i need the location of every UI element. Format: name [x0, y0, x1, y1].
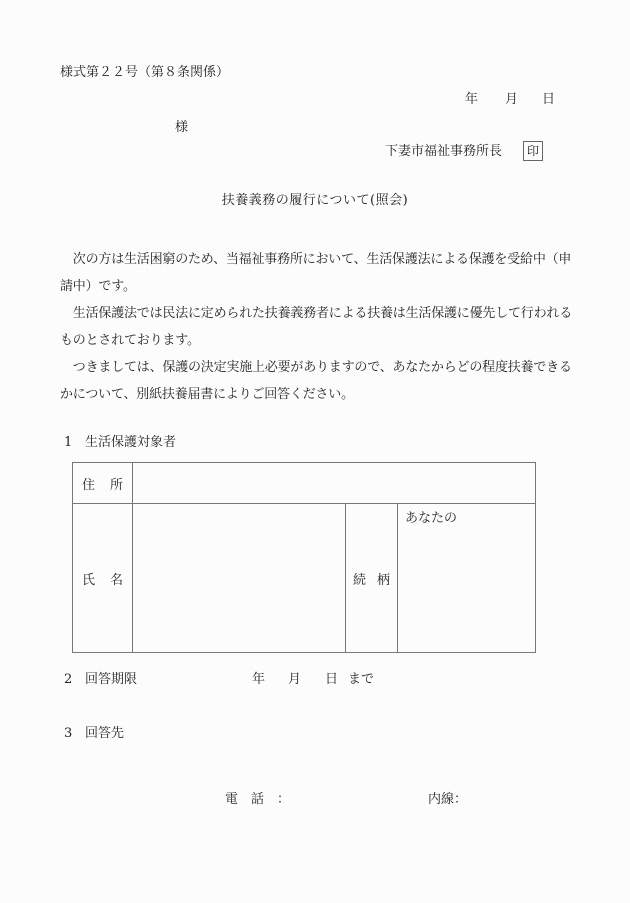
section2-number: 2	[64, 672, 72, 688]
section1-number: 1	[64, 435, 72, 451]
deadline-day-label: 日	[325, 672, 338, 688]
name-row: 氏 名 続 柄 あなたの	[73, 504, 536, 653]
subject-table: 住 所 氏 名 続 柄 あなたの	[72, 462, 536, 653]
relation-value-cell: あなたの	[398, 504, 536, 653]
relation-prefix: あなたの	[405, 511, 457, 526]
document-page: 様式第２２号（第８条関係） 年 月 日 様 下妻市福祉事務所長 印 扶養義務の履…	[0, 0, 630, 903]
body-line: 請中）です。	[60, 273, 572, 300]
date-day-label: 日	[542, 92, 555, 108]
address-label-left: 住	[82, 474, 95, 493]
address-row: 住 所	[73, 463, 536, 504]
deadline-month-label: 月	[288, 672, 301, 688]
address-label-right: 所	[110, 474, 123, 493]
body-text: 次の方は生活困窮のため、当福祉事務所において、生活保護法による保護を受給中（申 …	[60, 246, 572, 408]
date-year-label: 年	[465, 92, 478, 108]
body-line: かについて、別紙扶養届書によりご回答ください。	[60, 381, 572, 408]
section2-title: 回答期限	[85, 672, 137, 688]
sender-title: 下妻市福祉事務所長	[385, 144, 502, 160]
body-line: 生活保護法では民法に定められた扶養義務者による扶養は生活保護に優先して行われる	[60, 300, 572, 327]
body-line: つきましては、保護の決定実施上必要がありますので、あなたからどの程度扶養できる	[60, 354, 572, 381]
name-label: 氏 名	[74, 569, 131, 588]
seal-stamp-box: 印	[523, 141, 543, 161]
extension-label: 内線：	[428, 792, 467, 808]
relation-label: 続 柄	[347, 569, 396, 588]
section3-title: 回答先	[85, 726, 124, 742]
form-number: 様式第２２号（第８条関係）	[60, 65, 229, 81]
deadline-year-label: 年	[252, 672, 265, 688]
address-value-cell	[133, 463, 536, 504]
document-title: 扶養義務の履行について(照会)	[0, 193, 630, 209]
section1-title: 生活保護対象者	[85, 435, 176, 451]
relation-label-cell: 続 柄	[346, 504, 398, 653]
body-line: ものとされております。	[60, 327, 572, 354]
name-label-left: 氏	[82, 569, 95, 588]
name-label-cell: 氏 名	[73, 504, 133, 653]
body-line: 次の方は生活困窮のため、当福祉事務所において、生活保護法による保護を受給中（申	[60, 246, 572, 273]
name-label-right: 名	[110, 569, 123, 588]
relation-label-right: 柄	[377, 569, 390, 588]
deadline-until-label: まで	[348, 672, 374, 688]
date-month-label: 月	[505, 92, 518, 108]
addressee-suffix: 様	[175, 120, 188, 136]
seal-stamp-label: 印	[527, 144, 539, 158]
name-value-cell	[133, 504, 346, 653]
address-label-cell: 住 所	[73, 463, 133, 504]
address-label: 住 所	[74, 474, 131, 493]
phone-label: 電 話 ：	[225, 792, 290, 808]
relation-label-left: 続	[353, 569, 366, 588]
section3-number: 3	[64, 726, 72, 742]
